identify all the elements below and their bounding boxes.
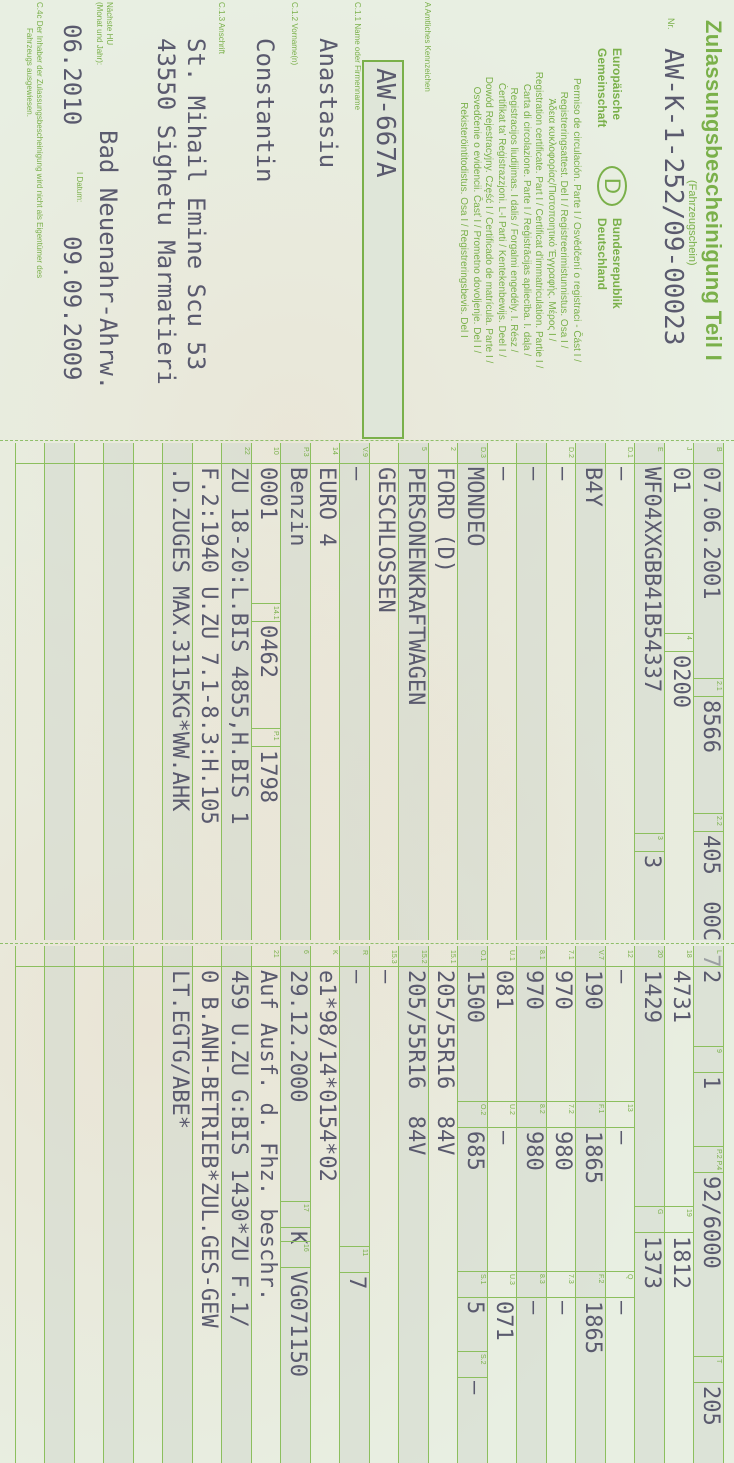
multilingual-title-line: Rekisteröintitodistus. Osa I / Registrer… [457, 0, 470, 440]
field-label: G [656, 1209, 663, 1214]
grid-col-line [459, 1377, 489, 1378]
grid-col-line [488, 1127, 518, 1128]
field-e: WF04XXGBB41B54337 [639, 467, 664, 692]
grid-row-line [605, 443, 606, 940]
field-22-3: .D.ZUGES MAX.3115KG*WW.AHK [167, 467, 192, 825]
field-label: D.3 [479, 447, 486, 458]
field-8-2: 980 [521, 1131, 546, 1171]
field-label: P.1 [273, 731, 280, 741]
grid-row-line [74, 443, 75, 940]
field-14-1: 0462 [256, 625, 281, 678]
row-shade [518, 443, 547, 940]
field-label: E [656, 447, 663, 452]
field-4: 0200 [669, 655, 694, 708]
grid-col-line [577, 1271, 607, 1272]
row-shade [341, 443, 370, 940]
grid-col-line [252, 621, 282, 622]
field-label: 22 [243, 447, 250, 455]
c4c-label: C.4c [35, 2, 44, 18]
field-b: 07.06.2001 [698, 467, 723, 599]
field-label: 14 [332, 447, 339, 455]
holder-name: Anastasiu [314, 38, 342, 168]
grid-row-line [163, 946, 164, 1463]
name-label: C.1.1 Name oder Firmenname [353, 2, 362, 110]
grid-col-line [341, 1272, 371, 1273]
grid-row-line [399, 443, 400, 940]
field-q: – [610, 1301, 635, 1314]
country-oval-icon: D [597, 166, 627, 206]
field-11: 7 [344, 1276, 369, 1289]
field-p3: Benzin [285, 467, 310, 546]
field-label: 13 [627, 1104, 634, 1112]
grid-row-line [487, 946, 488, 1463]
c4c-line-1: Der Inhaber der Zulassungsbescheinigung … [35, 21, 44, 278]
grid-col-line [606, 1271, 636, 1272]
grid-col-line [606, 1101, 636, 1102]
field-label: K [332, 950, 339, 955]
field-8-3: – [521, 1301, 546, 1314]
grid-row-line [104, 946, 105, 1463]
grid-col-line [488, 1297, 518, 1298]
grid-col-line [695, 831, 725, 832]
first-name-label: C.1.2 Vorname(n) [290, 2, 299, 65]
field-label: F.1 [597, 1104, 604, 1113]
field-r: – [344, 970, 369, 983]
grid-row-line [399, 946, 400, 1463]
grid-col-line [518, 1127, 548, 1128]
grid-row-line [635, 443, 636, 940]
field-label: 19 [686, 1209, 693, 1217]
grid-row-line [133, 946, 134, 1463]
field-label: S.1 [479, 1274, 486, 1285]
multilingual-title-line: Άδεια κυκλοφορίας/Πιστοποιητικό Έγγραφής… [545, 0, 558, 440]
grid-col-line [459, 1127, 489, 1128]
field-o1: 1500 [462, 970, 487, 1023]
field-label: 4 [686, 636, 693, 640]
issue-date: 09.09.2009 [58, 236, 86, 381]
multilingual-title-line: Carta di circolazione. Parte I / Reģistr… [520, 0, 533, 440]
field-label: V.7 [597, 950, 604, 960]
field-7-2: 980 [551, 1131, 576, 1171]
field-label: 7.3 [568, 1274, 575, 1284]
grid-col-line [636, 833, 666, 834]
field-12: – [610, 970, 635, 983]
grid-row-line [281, 946, 282, 1463]
next-hu-label-1: Nächste HU [104, 2, 114, 65]
field-f1: 1865 [580, 1131, 605, 1184]
plate-number: AW-667A [370, 68, 400, 178]
grid-row-line [163, 443, 164, 940]
grid-col-line [16, 966, 724, 967]
field-label: F.2 [597, 1274, 604, 1283]
field-8-1: 970 [521, 970, 546, 1010]
grid-row-line [576, 443, 577, 940]
grid-col-line [547, 1101, 577, 1102]
field-label: U.3 [509, 1274, 516, 1285]
grid-col-line [695, 1382, 725, 1383]
field-label: 5 [420, 447, 427, 451]
field-label: 20 [656, 950, 663, 958]
field-label: R [361, 950, 368, 955]
grid-row-line [369, 946, 370, 1463]
multilingual-title-line: Registracijos liudijimas. I dalis / Forg… [507, 0, 520, 440]
field-v9: – [344, 467, 369, 480]
issuing-place: Bad Neuenahr-Ahrw. [94, 130, 122, 390]
grid-col-line [282, 1267, 312, 1268]
field-label: 12 [627, 950, 634, 958]
grid-col-line [459, 1297, 489, 1298]
grid-row-line [192, 443, 193, 940]
field-label: 11 [361, 1249, 368, 1256]
country-label: Bundesrepublik Deutschland [594, 218, 624, 309]
row-shade [105, 946, 134, 1463]
field-label: 2.2 [715, 816, 722, 826]
field-label: 14.1 [273, 606, 280, 620]
row-shade [46, 443, 75, 940]
grid-col-line [665, 651, 695, 652]
row-shade [46, 946, 75, 1463]
field-j: 01 [669, 467, 694, 494]
field-p1: 1798 [256, 750, 281, 803]
row-shade [636, 946, 665, 1463]
grid-col-line [518, 1297, 548, 1298]
grid-col-line [282, 1241, 312, 1242]
row-shade [105, 443, 134, 940]
field-21: Auf Ausf. d. Fhz. beschr. [256, 970, 281, 1301]
field-label: 15.3 [391, 950, 398, 964]
field-label: O.2 [479, 1104, 486, 1115]
field-13: – [610, 1131, 635, 1144]
plate-label: A Amtliches Kennzeichen [423, 2, 432, 92]
grid-row-line [664, 946, 665, 1463]
grid-col-line [488, 1101, 518, 1102]
country-line-1: Bundesrepublik [609, 218, 624, 309]
field-label: T [715, 1359, 722, 1363]
field-label: 8.2 [538, 1104, 545, 1114]
field-15-1: 205/55R16 84V [433, 970, 458, 1155]
vehicle-data-grid-1: B07.06.20012.185662.2405 00C 7J0140200EW… [0, 443, 724, 940]
field-d2-2: – [551, 467, 576, 480]
field-20: 1429 [639, 970, 664, 1023]
fold-line-2 [0, 943, 734, 944]
grid-col-line [665, 1206, 695, 1207]
field-5-1: PERSONENKRAFTWAGEN [403, 467, 428, 705]
grid-row-line [635, 946, 636, 1463]
field-label: 17 [302, 1204, 309, 1212]
field-label: 15.1 [450, 950, 457, 964]
field-label: 18 [686, 950, 693, 958]
plate-box: AW-667A [362, 60, 404, 439]
grid-col-line [518, 1271, 548, 1272]
grid-row-line [694, 946, 695, 1463]
grid-row-line [45, 946, 46, 1463]
field-p2-p4: 92/6000 [698, 1176, 723, 1269]
date-label: I Datum: [75, 172, 84, 202]
field-label: 8.1 [538, 950, 545, 960]
field-u1: 081 [492, 970, 517, 1010]
grid-col-line [577, 1297, 607, 1298]
field-label: D.2 [568, 447, 575, 458]
grid-col-line [282, 1227, 312, 1228]
grid-row-line [723, 946, 724, 1463]
field-label: B [715, 447, 722, 452]
grid-col-line [282, 1201, 312, 1202]
next-hu-label: Nächste HU (Monat und Jahr): [94, 2, 114, 65]
field-label: 2.1 [715, 681, 722, 691]
field-label: Q [627, 1274, 634, 1279]
row-shade [577, 946, 606, 1463]
field-label: 8.3 [538, 1274, 545, 1284]
field-2-1: 8566 [698, 700, 723, 753]
field-label: 7.1 [568, 950, 575, 960]
grid-col-line [695, 813, 725, 814]
field-label: 7.2 [568, 1104, 575, 1114]
field-label: 2 [450, 447, 457, 451]
field-label: U.1 [509, 950, 516, 961]
grid-col-line [636, 1206, 666, 1207]
grid-row-line [428, 443, 429, 940]
grid-col-line [547, 1127, 577, 1128]
grid-col-line [695, 1046, 725, 1047]
multilingual-titles: Permiso de circulación. Parte I / Osvědč… [457, 0, 582, 440]
field-u2: – [492, 1131, 517, 1144]
field-f2: 1865 [580, 1301, 605, 1354]
grid-col-line [695, 678, 725, 679]
grid-row-line [605, 946, 606, 1463]
grid-row-line [251, 946, 252, 1463]
eu-line-1: Europäische [609, 48, 624, 127]
grid-col-line [695, 696, 725, 697]
grid-row-line [517, 443, 518, 940]
grid-col-line [636, 1232, 666, 1233]
grid-row-line [45, 443, 46, 940]
grid-row-line [15, 946, 16, 1463]
field-label: O.1 [479, 950, 486, 961]
field-7-3: – [551, 1301, 576, 1314]
field-label: V.9 [361, 447, 368, 457]
field-d1: – [610, 467, 635, 480]
grid-row-line [340, 946, 341, 1463]
grid-col-line [695, 1146, 725, 1147]
field-19: 1812 [669, 1236, 694, 1289]
multilingual-title-line: Permiso de circulación. Parte I / Osvědč… [570, 0, 583, 440]
next-hu-label-2: (Monat und Jahr): [94, 2, 104, 65]
grid-col-line [547, 1297, 577, 1298]
field-16: VG071150 [285, 1271, 310, 1377]
field-22-5: 0 B.ANH-BETRIEB*ZUL.GES-GEW [197, 970, 222, 1328]
grid-col-line [518, 1101, 548, 1102]
grid-row-line [74, 946, 75, 1463]
field-18: 4731 [669, 970, 694, 1023]
grid-row-line [546, 443, 547, 940]
grid-row-line [517, 946, 518, 1463]
field-label: P.2 P.4 [715, 1149, 722, 1170]
registration-certificate: Zulassungsbescheinigung Teil I (Fahrzeug… [0, 0, 734, 1463]
grid-row-line [251, 443, 252, 940]
grid-row-line [310, 946, 311, 1463]
field-s2: – [462, 1381, 487, 1394]
address-label: C.1.3 Anschrift [217, 2, 226, 54]
grid-row-line [694, 443, 695, 940]
grid-row-line [458, 946, 459, 1463]
multilingual-title-line: Registration certificate. Part I / Certi… [532, 0, 545, 440]
field-d2-4: – [492, 467, 517, 480]
grid-col-line [577, 1127, 607, 1128]
grid-col-line [459, 1271, 489, 1272]
field-9: 1 [698, 1076, 723, 1089]
grid-col-line [695, 1072, 725, 1073]
field-label: 6 [302, 950, 309, 954]
grid-col-line [252, 746, 282, 747]
grid-col-line [606, 1297, 636, 1298]
document-number: AW-K-1-252/09-00023 [658, 48, 688, 345]
vehicle-data-grid-2: L291P.2 P.492/6000T205184731191812201429… [0, 946, 724, 1463]
field-22-1: ZU 18-20:L.BIS 4855,H.BIS 1 [226, 467, 251, 825]
field-2: FORD (D) [433, 467, 458, 573]
field-22-2: F.2:1940 U.ZU 7.1-8.3:H.105 [197, 467, 222, 825]
grid-row-line [487, 443, 488, 940]
grid-col-line [577, 1101, 607, 1102]
field-15-2: 205/55R16 84V [403, 970, 428, 1155]
grid-col-line [636, 851, 666, 852]
c4c-line-2: Fahrzeugs ausgewiesen. [24, 2, 34, 278]
fold-line-1 [0, 440, 734, 441]
grid-col-line [695, 1356, 725, 1357]
grid-col-line [252, 728, 282, 729]
field-15-3: – [374, 970, 399, 983]
grid-row-line [281, 443, 282, 940]
field-o2: 685 [462, 1131, 487, 1171]
grid-row-line [15, 443, 16, 940]
field-k: e1*98/14*0154*02 [315, 970, 340, 1182]
grid-row-line [369, 443, 370, 940]
field-7-1: 970 [551, 970, 576, 1010]
field-label: 9 [715, 1049, 722, 1053]
field-label: 3 [656, 836, 663, 840]
holder-first-name: Constantin [251, 38, 279, 183]
field-5-2: GESCHLOSSEN [374, 467, 399, 613]
grid-col-line [459, 1351, 489, 1352]
field-label: U.2 [509, 1104, 516, 1115]
field-g: 1373 [639, 1236, 664, 1289]
row-shade [518, 946, 547, 1463]
field-l: 2 [698, 970, 723, 983]
row-shade [341, 946, 370, 1463]
grid-row-line [458, 443, 459, 940]
field-label: P.3 [302, 447, 309, 457]
field-d2-3: – [521, 467, 546, 480]
grid-row-line [340, 443, 341, 940]
grid-row-line [664, 443, 665, 940]
next-hu-date: 06.2010 [58, 24, 86, 125]
field-label: J [686, 447, 693, 451]
multilingual-title-line: Osvedčenie o evidencii. Časť I / Prometn… [470, 0, 483, 440]
field-6: 29.12.2000 [285, 970, 310, 1102]
field-label: L [715, 950, 722, 954]
grid-row-line [576, 946, 577, 1463]
grid-col-line [665, 633, 695, 634]
field-22-6: LT.EGTG/ABE* [167, 970, 192, 1129]
field-22-4: 459 U.ZU G:BIS 1430*ZU F.1/ [226, 970, 251, 1328]
field-label: D.1 [627, 447, 634, 458]
grid-col-line [606, 1127, 636, 1128]
grid-row-line [222, 946, 223, 1463]
eu-line-2: Gemeinschaft [594, 48, 609, 127]
field-t: 205 [698, 1386, 723, 1426]
grid-row-line [428, 946, 429, 1463]
grid-row-line [222, 443, 223, 940]
field-10: 0001 [256, 467, 281, 520]
grid-row-line [723, 443, 724, 940]
grid-row-line [546, 946, 547, 1463]
address-line-2: 43550 Sighetu Marmatieri [152, 38, 180, 385]
field-d3: MONDEO [462, 467, 487, 546]
eu-label: Europäische Gemeinschaft [594, 48, 624, 127]
country-line-2: Deutschland [594, 218, 609, 309]
row-shade [577, 443, 606, 940]
field-v7: 190 [580, 970, 605, 1010]
grid-col-line [16, 463, 724, 464]
grid-col-line [547, 1271, 577, 1272]
document-title: Zulassungsbescheinigung Teil I [700, 20, 726, 361]
grid-row-line [133, 443, 134, 940]
grid-col-line [488, 1271, 518, 1272]
field-label: S.2 [479, 1354, 486, 1365]
grid-col-line [459, 1101, 489, 1102]
field-label: 16 [302, 1244, 309, 1252]
multilingual-title-line: Registreringsattest. Del I / Registreeri… [557, 0, 570, 440]
grid-col-line [695, 1172, 725, 1173]
multilingual-title-line: Dowód Rejestracyjny. Część I / Certifica… [482, 0, 495, 440]
nr-label: Nr. [666, 18, 676, 30]
grid-row-line [104, 443, 105, 940]
field-3: 3 [639, 855, 664, 868]
field-label: 15.2 [420, 950, 427, 964]
c4c-note: C.4c Der Inhaber der Zulassungsbescheini… [24, 2, 44, 278]
address-line-1: St. Mihail Emine Scu 53 [182, 38, 210, 370]
grid-row-line [310, 443, 311, 940]
field-17: K [285, 1231, 310, 1244]
multilingual-title-line: Ċertifikat ta' Reġistrazzjoni. L-I Parti… [495, 0, 508, 440]
grid-col-line [341, 1246, 371, 1247]
field-u3: 071 [492, 1301, 517, 1341]
field-s1: 5 [462, 1301, 487, 1314]
grid-col-line [252, 603, 282, 604]
field-label: 21 [273, 950, 280, 958]
field-14: EURO 4 [315, 467, 340, 546]
field-d2-1: B4Y [580, 467, 605, 507]
field-label: 10 [273, 447, 280, 455]
grid-col-line [665, 1232, 695, 1233]
grid-row-line [192, 946, 193, 1463]
